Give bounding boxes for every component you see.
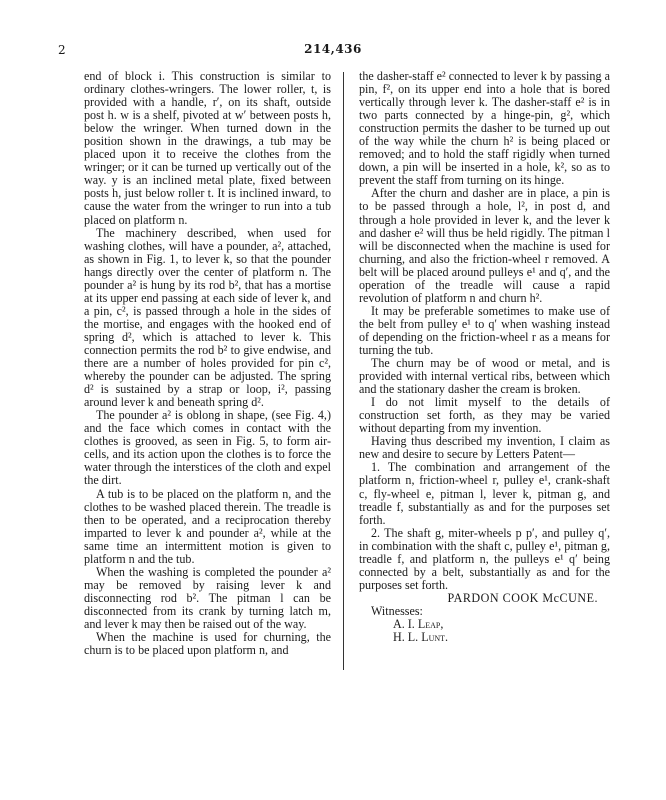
patent-number: 214,436 [0,42,666,56]
paragraph: When the machine is used for churning, t… [84,631,331,657]
right-column: the dasher-staff e² connected to lever k… [359,70,610,644]
paragraph: I do not limit myself to the details of … [359,396,610,435]
left-column: end of block i. This construction is sim… [84,70,331,657]
paragraph: Having thus described my invention, I cl… [359,435,610,461]
paragraph: After the churn and dasher are in place,… [359,187,610,304]
witness-name: H. L. Lunt. [359,631,610,644]
claim-2: 2. The shaft g, miter-wheels p p′, and p… [359,527,610,592]
witnesses-label: Witnesses: [359,605,610,618]
paragraph: The churn may be of wood or metal, and i… [359,357,610,396]
claim-1: 1. The combination and arrangement of th… [359,461,610,526]
paragraph: The pounder a² is oblong in shape, (see … [84,409,331,487]
paragraph: When the washing is completed the pounde… [84,566,331,631]
paragraph: The machinery described, when used for w… [84,227,331,410]
paragraph: the dasher-staff e² connected to lever k… [359,70,610,187]
paragraph: end of block i. This construction is sim… [84,70,331,227]
column-divider [343,72,344,670]
inventor-signature: PARDON COOK McCUNE. [359,592,610,605]
paragraph: A tub is to be placed on the platform n,… [84,488,331,566]
paragraph: It may be preferable sometimes to make u… [359,305,610,357]
